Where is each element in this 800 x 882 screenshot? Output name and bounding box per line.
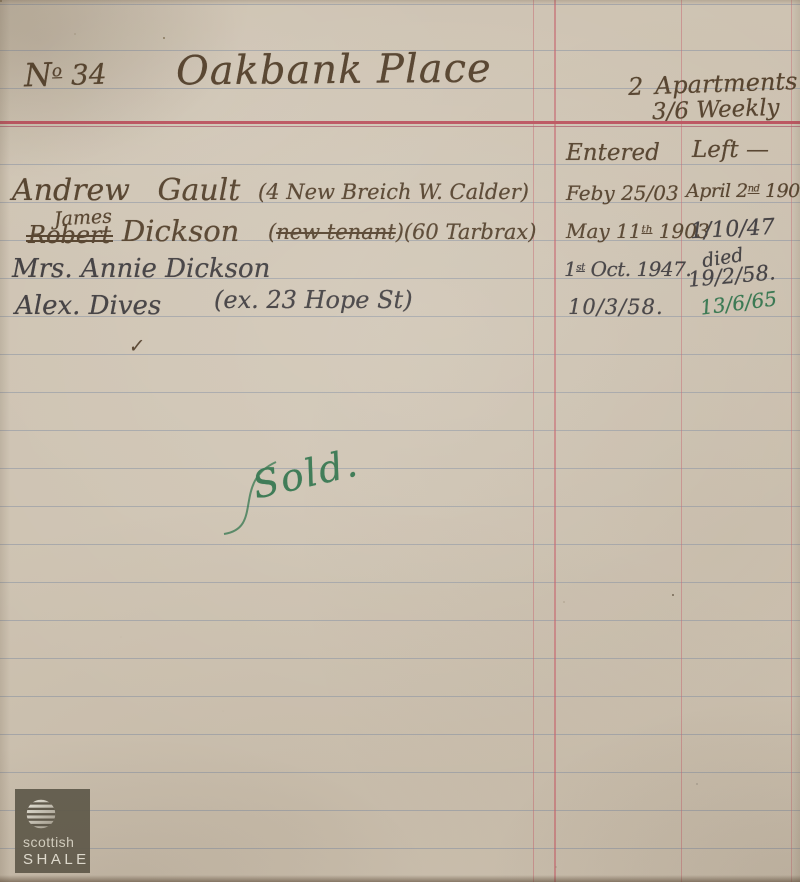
entered-date-day: May 11 [566, 219, 642, 243]
tenant-name: Alex. Dives [15, 293, 161, 319]
page-title: Oakbank Place [176, 49, 492, 92]
entered-date-month-year: Oct. 1947. [585, 257, 691, 281]
page-number-superscript: o [52, 61, 63, 80]
page-number-prefix: N [23, 55, 52, 94]
tenant-note: (new tenant)(60 Tarbrax) [268, 222, 536, 243]
tick-mark: ✓ [127, 337, 144, 356]
entered-date: May 11th 1903 [566, 221, 710, 241]
entered-date: 1st Oct. 1947. [564, 259, 691, 279]
tenant-name: Andrew Gault [12, 176, 240, 206]
ledger-page: No 34 Oakbank Place 2 Apartments 3/6 Wee… [0, 0, 800, 882]
entered-date-ordinal: th [642, 223, 653, 235]
vertical-rule-1 [533, 0, 534, 882]
tenant-name: Mrs. Annie Dickson [12, 256, 270, 282]
entered-date: Feby 25/03 [566, 183, 679, 203]
vertical-rule-margin [791, 0, 792, 882]
page-number: No 34 [23, 57, 107, 92]
tenant-note: (4 New Breich W. Calder) [258, 182, 529, 203]
left-date: April 2nd 1903 [686, 182, 800, 201]
vertical-rule-3 [681, 0, 682, 882]
tenant-surname: Dickson [122, 217, 239, 246]
page-vignette [0, 0, 800, 882]
scottish-shale-watermark: scottish SHALE [15, 789, 90, 873]
entered-date-ordinal: st [576, 261, 585, 273]
left-date-year: 1903 [759, 180, 800, 202]
globe-icon [23, 796, 59, 832]
rent-note: 3/6 Weekly [652, 97, 780, 124]
entered-date-day: 1 [564, 257, 576, 281]
column-header-left: Left — [692, 139, 769, 162]
tenant-name-struck: Robert [26, 223, 113, 247]
watermark-text-scottish: scottish [23, 834, 74, 850]
note-struck-text: new tenant [276, 220, 395, 244]
vertical-rule-2 [554, 0, 556, 882]
watermark-text-shale: SHALE [23, 851, 90, 868]
left-date-day: April 2 [686, 180, 748, 202]
note-paren-open: ( [268, 220, 276, 244]
page-number-value: 34 [61, 58, 107, 93]
tenant-note: (ex. 23 Hope St) [214, 288, 413, 312]
left-date-ordinal: nd [748, 184, 760, 195]
left-date: 1/10/47 [689, 217, 775, 243]
horizontal-rules [0, 0, 800, 882]
paper-specks [0, 0, 2, 2]
left-date: 13/6/65 [699, 288, 778, 317]
entered-date: 10/3/58. [568, 297, 664, 318]
header-rule-thin [0, 126, 800, 127]
left-date: 19/2/58. [687, 262, 776, 291]
column-header-entered: Entered [566, 142, 660, 165]
note-rest: )(60 Tarbrax) [396, 220, 537, 244]
